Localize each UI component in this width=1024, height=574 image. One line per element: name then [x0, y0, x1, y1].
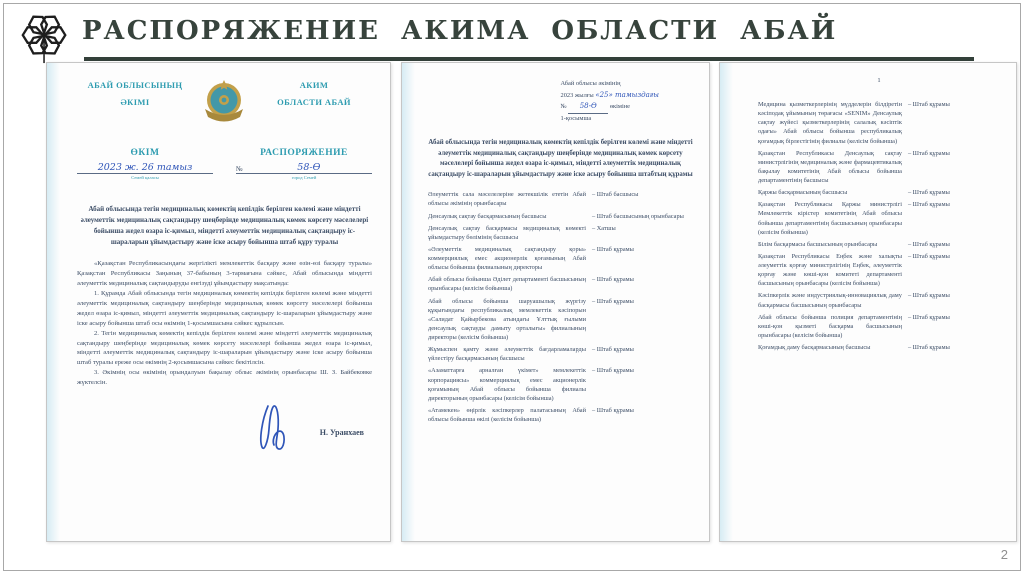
org-ru-line2: ОБЛАСТИ АБАЙ: [256, 94, 372, 111]
member-position: «Азаматтарға арналған үкімет» мемлекетті…: [428, 366, 586, 403]
scanned-page-appendix1-continued: 1 Медицина қызметкерлерінің мүдделерін б…: [719, 62, 1017, 542]
title-underline: [84, 57, 974, 61]
scanned-page-appendix1: Абай облысы әкімінің 2023 жылғы «25» там…: [401, 62, 710, 542]
staff-member-row: Кәсіпкерлік және индустриялық-инновациял…: [758, 291, 1000, 309]
member-position: Қазақстан Республикасы Еңбек және халықт…: [758, 252, 902, 289]
handwritten-appendix-date: «25» тамыздағы: [595, 91, 659, 99]
header-number-sign: №: [561, 103, 567, 110]
order-label-ru: РАСПОРЯЖЕНИЕ: [236, 148, 372, 158]
member-role: – Штаб құрамы: [902, 291, 1000, 309]
order-label-kz: ӨКІМ: [77, 148, 213, 158]
appendix-header: Абай облысы әкімінің 2023 жылғы «25» там…: [561, 79, 694, 124]
member-role: – Штаб құрамы: [586, 345, 693, 363]
member-role: – Штаб құрамы: [902, 200, 1000, 237]
member-role: – Штаб құрамы: [586, 406, 693, 424]
order-block-russian: РАСПОРЯЖЕНИЕ № 58-Ө город Семей: [236, 148, 372, 180]
member-role: – Штаб құрамы: [902, 240, 1000, 249]
handwritten-appendix-number: 58-Ө: [568, 101, 608, 114]
member-role: – Штаб құрамы: [902, 313, 1000, 340]
org-kz-line2: ӘКІМІ: [77, 94, 193, 111]
member-role: – Штаб басшысының орынбасары: [586, 212, 693, 221]
member-role: – Штаб құрамы: [902, 343, 1000, 352]
member-position: Денсаулық сақтау басқармасының басшысы: [428, 212, 586, 221]
member-position: Кәсіпкерлік және индустриялық-инновациял…: [758, 291, 902, 309]
member-role: – Штаб құрамы: [586, 366, 693, 403]
member-role: – Штаб құрамы: [586, 245, 693, 272]
member-role: – Штаб құрамы: [902, 188, 1000, 197]
order-block-kazakh: ӨКІМ 2023 ж. 26 тамыз Семей қаласы: [77, 148, 213, 180]
staff-member-row: Білім басқармасы басшысының орынбасары –…: [758, 240, 1000, 249]
staff-member-row: Абай облысы бойынша полиция департаменті…: [758, 313, 1000, 340]
member-role: – Штаб құрамы: [586, 275, 693, 293]
handwritten-date: 2023 ж. 26 тамыз: [77, 162, 213, 173]
member-position: «Атамекен» өңірлік кәсіпкерлер палатасын…: [428, 406, 586, 424]
order-paragraph-2: 1. Құрамда Абай облысында тегін медицина…: [77, 289, 372, 329]
order-title: Абай облысында тегін медициналық көмекті…: [77, 204, 372, 247]
staff-member-row: Жұмыспен қамту және әлеуметтік бағдарлам…: [428, 345, 693, 363]
place-label-kz: Семей қаласы: [77, 175, 213, 180]
staff-member-row: Денсаулық сақтау басқармасы медициналық …: [428, 224, 693, 242]
member-position: Абай облысы бойынша Әділет департаменті …: [428, 275, 586, 293]
member-role: – Штаб құрамы: [586, 297, 693, 343]
staff-member-row: Қазақстан Республикасы Еңбек және халықт…: [758, 252, 1000, 289]
member-role: – Хатшы: [586, 224, 693, 242]
staff-member-row: Әлеуметтік сала мәселелеріне жетекшілік …: [428, 190, 693, 208]
org-name-kazakh: АБАЙ ОБЛЫСЫНЫҢ ӘКІМІ: [77, 77, 193, 111]
member-position: «Әлеуметтік медициналық сақтандыру қоры»…: [428, 245, 586, 272]
header-number-suffix: өкіміне: [610, 103, 630, 110]
order-paragraph-3: 2. Тегін медициналық көмектің кепілдік б…: [77, 329, 372, 369]
staff-member-row: «Азаматтарға арналған үкімет» мемлекетті…: [428, 366, 693, 403]
member-position: Абай облысы бойынша шаруашылық жүргізу қ…: [428, 297, 586, 343]
handwritten-order-number: 58-Ө: [246, 162, 372, 173]
slide-title: РАСПОРЯЖЕНИЕ АКИМА ОБЛАСТИ АБАЙ: [82, 16, 837, 46]
handwritten-signature-icon: [253, 400, 297, 463]
appendix-header-line3: № 58-Ө өкіміне: [561, 101, 694, 114]
member-position: Абай облысы бойынша полиция департаменті…: [758, 313, 902, 340]
staff-member-row: Қаржы басқармасының басшысы – Штаб құрам…: [758, 188, 1000, 197]
order-paragraph-4: 3. Әкімнің осы өкімінің орындалуын бақыл…: [77, 368, 372, 388]
staff-members-list: Әлеуметтік сала мәселелеріне жетекшілік …: [428, 190, 693, 424]
snowflake-logo-icon: [16, 9, 74, 70]
member-position: Қазақстан Республикасы Қаржы министрлігі…: [758, 200, 902, 237]
member-position: Денсаулық сақтау басқармасы медициналық …: [428, 224, 586, 242]
appendix-header-line4: 1-қосымша: [561, 114, 694, 125]
kazakhstan-coat-of-arms-icon: [199, 79, 251, 132]
org-name-russian: АКИМ ОБЛАСТИ АБАЙ: [256, 77, 372, 111]
signer-name: Н. Уранхаев: [320, 428, 364, 437]
member-position: Білім басқармасы басшысының орынбасары: [758, 240, 902, 249]
header-date-prefix: 2023 жылғы: [561, 92, 594, 99]
staff-member-row: Абай облысы бойынша шаруашылық жүргізу қ…: [428, 297, 693, 343]
appendix-header-line1: Абай облысы әкімінің: [561, 79, 694, 90]
staff-member-row: Қазақстан Республикасы Денсаулық сақтау …: [758, 149, 1000, 186]
staff-members-list-continued: Медицина қызметкерлерінің мүдделерін біл…: [758, 100, 1000, 352]
presentation-slide: РАСПОРЯЖЕНИЕ АКИМА ОБЛАСТИ АБАЙ АБАЙ ОБЛ…: [3, 3, 1021, 571]
order-date-line: 2023 ж. 26 тамыз: [77, 160, 213, 174]
staff-member-row: Қоғамдық даму басқармасының басшысы – Шт…: [758, 343, 1000, 352]
member-position: Қаржы басқармасының басшысы: [758, 188, 902, 197]
org-ru-line1: АКИМ: [256, 77, 372, 94]
staff-member-row: Қазақстан Республикасы Қаржы министрлігі…: [758, 200, 1000, 237]
member-role: – Штаб құрамы: [902, 149, 1000, 186]
staff-member-row: «Әлеуметтік медициналық сақтандыру қоры»…: [428, 245, 693, 272]
staff-member-row: Медицина қызметкерлерінің мүдделерін біл…: [758, 100, 1000, 146]
appendix1-title: Абай облысында тегін медициналық көмекті…: [428, 138, 693, 180]
staff-member-row: Денсаулық сақтау басқармасының басшысы –…: [428, 212, 693, 221]
letterhead: АБАЙ ОБЛЫСЫНЫҢ ӘКІМІ АКИМ ОБЛАСТИ: [77, 77, 372, 132]
member-position: Қоғамдық даму басқармасының басшысы: [758, 343, 902, 352]
member-position: Жұмыспен қамту және әлеуметтік бағдарлам…: [428, 345, 586, 363]
member-position: Қазақстан Республикасы Денсаулық сақтау …: [758, 149, 902, 186]
staff-member-row: Абай облысы бойынша Әділет департаменті …: [428, 275, 693, 293]
member-role: – Штаб басшысы: [586, 190, 693, 208]
scan-page-number: 1: [758, 77, 1000, 84]
member-role: – Штаб құрамы: [902, 252, 1000, 289]
place-label-ru: город Семей: [236, 175, 372, 180]
order-number-line: № 58-Ө: [236, 160, 372, 174]
staff-member-row: «Атамекен» өңірлік кәсіпкерлер палатасын…: [428, 406, 693, 424]
order-paragraph-1: «Қазақстан Республикасындағы жергілікті …: [77, 259, 372, 289]
member-role: – Штаб құрамы: [902, 100, 1000, 146]
appendix-header-line2: 2023 жылғы «25» тамыздағы: [561, 90, 694, 102]
order-body: «Қазақстан Республикасындағы жергілікті …: [77, 259, 372, 388]
member-position: Медицина қызметкерлерінің мүдделерін біл…: [758, 100, 902, 146]
scanned-page-order: АБАЙ ОБЛЫСЫНЫҢ ӘКІМІ АКИМ ОБЛАСТИ: [46, 62, 391, 542]
org-kz-line1: АБАЙ ОБЛЫСЫНЫҢ: [77, 77, 193, 94]
member-position: Әлеуметтік сала мәселелеріне жетекшілік …: [428, 190, 586, 208]
number-sign: №: [236, 165, 246, 173]
slide-page-number: 2: [1001, 547, 1008, 562]
